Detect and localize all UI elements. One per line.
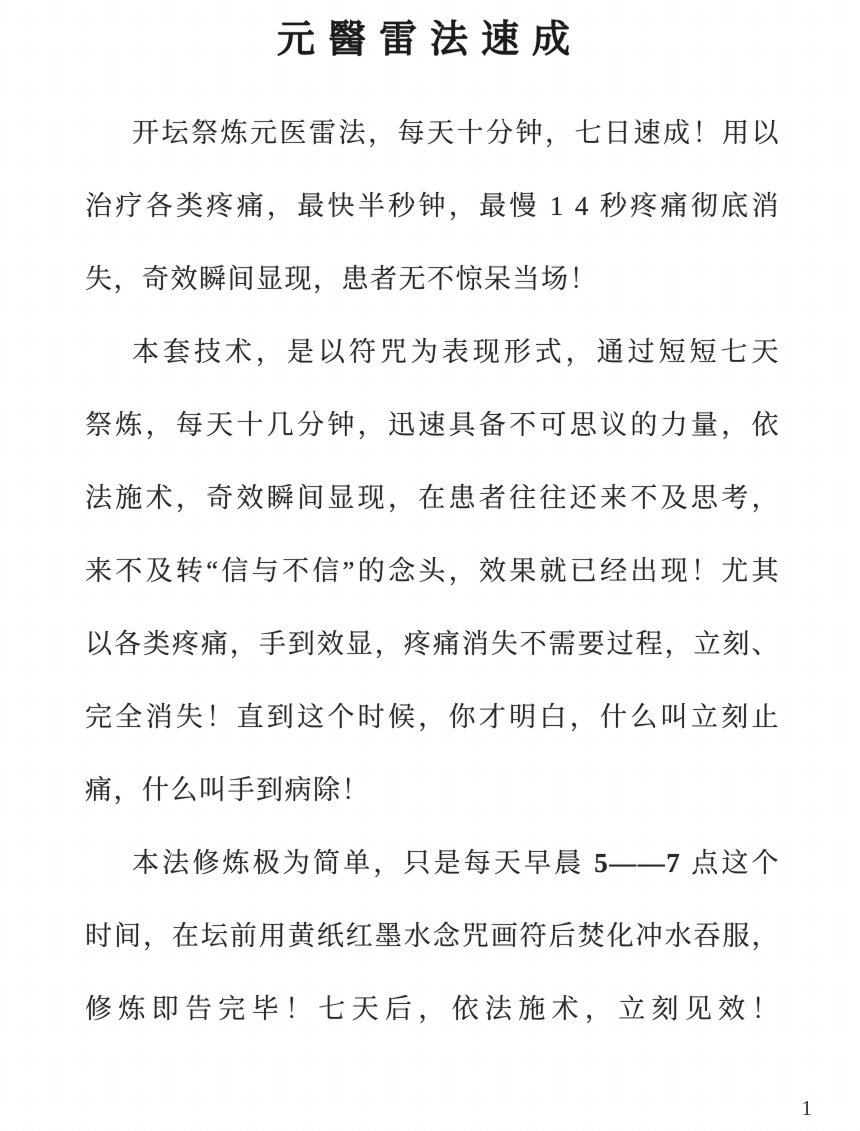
document-title: 元醫雷法速成 [0,8,860,63]
scanned-document-page: 元醫雷法速成 开坛祭炼元医雷法，每天十分钟，七日速成！用以 治疗各类疼痛，最快半… [0,0,860,1131]
text-line: 失，奇效瞬间显现，患者无不惊呆当场！ [85,243,780,316]
text-line: 开坛祭炼元医雷法，每天十分钟，七日速成！用以 [85,97,780,170]
text-line: 法施术，奇效瞬间显现，在患者往往还来不及思考， [85,462,780,535]
text-line: 修炼即告完毕！七天后，依法施术，立刻见效！ [85,973,780,1046]
text-line: 时间，在坛前用黄纸红墨水念咒画符后焚化冲水吞服， [85,900,780,973]
text-line: 治疗各类疼痛，最快半秒钟，最慢 1 4 秒疼痛彻底消 [85,170,780,243]
text-line: 本法修炼极为简单，只是每天早晨 5——7 点这个 [85,827,780,900]
text-line: 完全消失！直到这个时候，你才明白，什么叫立刻止 [85,681,780,754]
document-body: 开坛祭炼元医雷法，每天十分钟，七日速成！用以 治疗各类疼痛，最快半秒钟，最慢 1… [85,97,780,1046]
bold-time-range: 5——7 [594,848,681,878]
text-line: 祭炼，每天十几分钟，迅速具备不可思议的力量，依 [85,389,780,462]
text-line: 本套技术，是以符咒为表现形式，通过短短七天 [85,316,780,389]
text-line: 以各类疼痛，手到效显，疼痛消失不需要过程，立刻、 [85,608,780,681]
text-run: 点这个 [681,848,780,878]
page-number: 1 [802,1096,813,1121]
text-line: 痛，什么叫手到病除！ [85,754,780,827]
text-line: 来不及转“信与不信”的念头，效果就已经出现！尤其 [85,535,780,608]
text-run: 本法修炼极为简单，只是每天早晨 [132,848,594,878]
